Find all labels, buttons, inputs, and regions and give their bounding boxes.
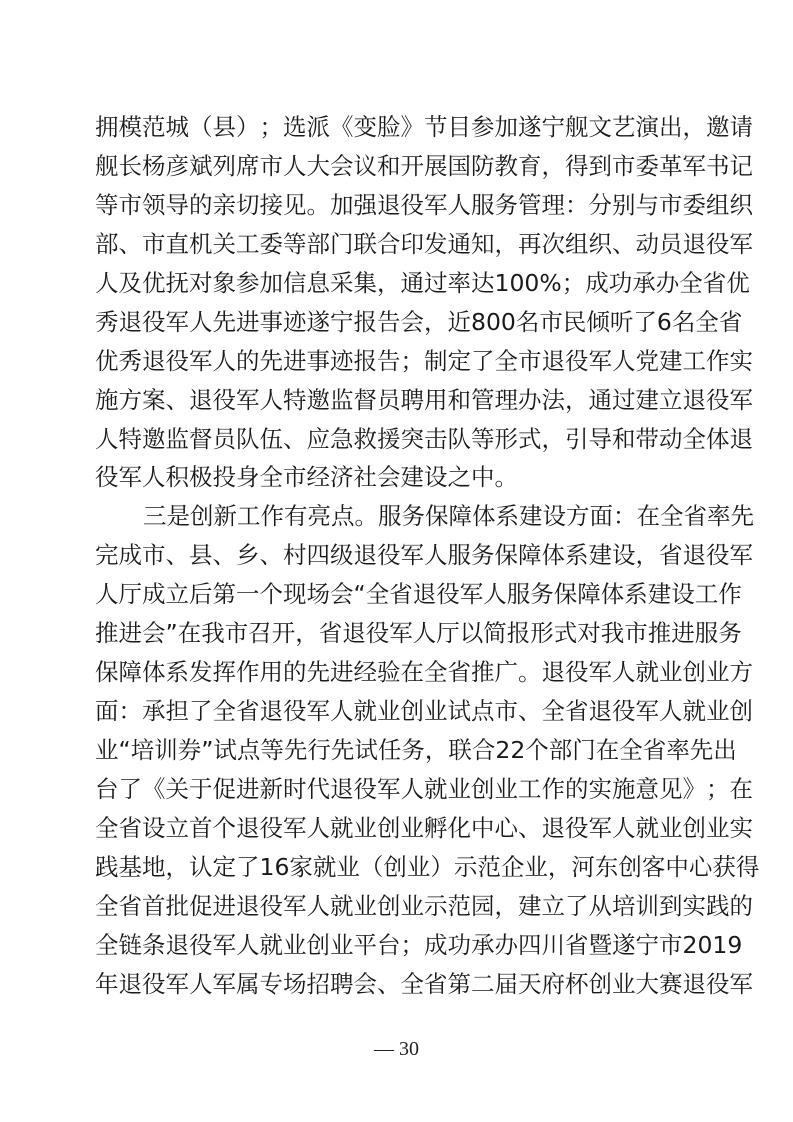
text-line: 完成市、县、乡、村四级退役军人服务保障体系建设，省退役军 [95,536,699,575]
text-line: 人特邀监督员队伍、应急救援突击队等形式，引导和带动全体退 [95,420,699,459]
body-text: 拥模范城（县）；选派《变脸》节目参加遂宁舰文艺演出，邀请舰长杨彦斌列席市人大会议… [95,108,699,1004]
text-line: 等市领导的亲切接见。加强退役军人服务管理：分别与市委组织 [95,186,699,225]
text-line: 人厅成立后第一个现场会“全省退役军人服务保障体系建设工作 [95,575,699,614]
text-line: 施方案、退役军人特邀监督员聘用和管理办法，通过建立退役军 [95,381,699,420]
text-line: 秀退役军人先进事迹遂宁报告会，近800名市民倾听了6名全省 [95,303,699,342]
text-line: 拥模范城（县）；选派《变脸》节目参加遂宁舰文艺演出，邀请 [95,108,699,147]
text-line: 部、市直机关工委等部门联合印发通知，再次组织、动员退役军 [95,225,699,264]
text-line: 台了《关于促进新时代退役军人就业创业工作的实施意见》；在 [95,770,699,809]
text-line: 年退役军人军属专场招聘会、全省第二届天府杯创业大赛退役军 [95,965,699,1004]
text-line: 全链条退役军人就业创业平台；成功承办四川省暨遂宁市2019 [95,926,699,965]
text-line: 全省设立首个退役军人就业创业孵化中心、退役军人就业创业实 [95,809,699,848]
page-number: — 30 [0,1038,793,1061]
text-line: 舰长杨彦斌列席市人大会议和开展国防教育，得到市委革军书记 [95,147,699,186]
text-line: 优秀退役军人的先进事迹报告；制定了全市退役军人党建工作实 [95,342,699,381]
text-line: 面：承担了全省退役军人就业创业试点市、全省退役军人就业创 [95,692,699,731]
text-line: 人及优抚对象参加信息采集，通过率达100%；成功承办全省优 [95,264,699,303]
text-line: 践基地，认定了16家就业（创业）示范企业，河东创客中心获得 [95,848,699,887]
text-line: 三是创新工作有亮点。服务保障体系建设方面：在全省率先 [95,497,699,536]
text-line: 役军人积极投身全市经济社会建设之中。 [95,458,699,497]
text-line: 推进会”在我市召开，省退役军人厅以简报形式对我市推进服务 [95,614,699,653]
text-line: 保障体系发挥作用的先进经验在全省推广。退役军人就业创业方 [95,653,699,692]
text-line: 业“培训券”试点等先行先试任务，联合22个部门在全省率先出 [95,731,699,770]
document-page: 拥模范城（县）；选派《变脸》节目参加遂宁舰文艺演出，邀请舰长杨彦斌列席市人大会议… [0,0,793,1122]
text-line: 全省首批促进退役军人就业创业示范园，建立了从培训到实践的 [95,887,699,926]
